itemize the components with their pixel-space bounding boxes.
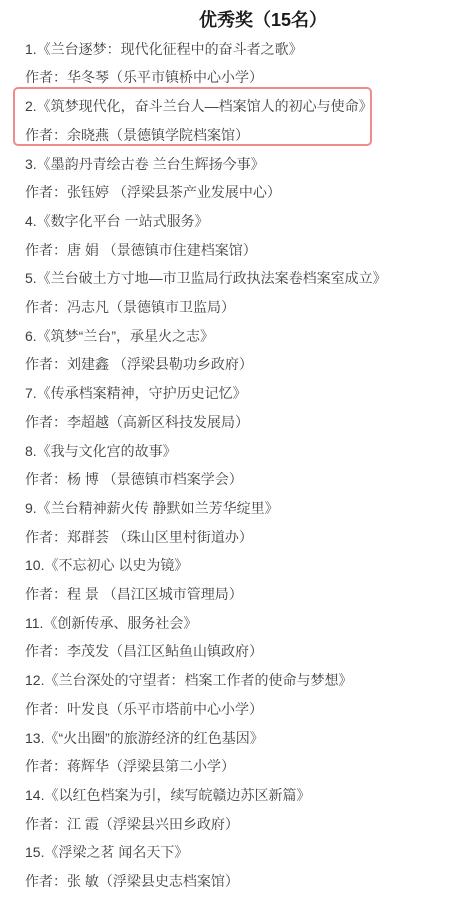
- entry-author-line: 作者：唐 娟 （景德镇市住建档案馆）: [25, 236, 459, 265]
- entry: 11.《创新传承、服务社会》 作者：李茂发（昌江区鲇鱼山镇政府）: [25, 609, 459, 666]
- entry: 13.《“火出圈”的旅游经济的红色基因》 作者：蒋辉华（浮梁县第二小学）: [25, 724, 459, 781]
- entry-author-line: 作者：叶发良（乐平市塔前中心小学）: [25, 695, 459, 724]
- entry-author-line: 作者：江 霞（浮梁县兴田乡政府）: [25, 810, 459, 839]
- entry-title-line: 13.《“火出圈”的旅游经济的红色基因》: [25, 724, 459, 753]
- entry: 5.《兰台破土方寸地—市卫监局行政执法案卷档案室成立》 作者：冯志凡（景德镇市卫…: [25, 264, 459, 321]
- entry-list: 1.《兰台逐梦：现代化征程中的奋斗者之歌》 作者：华冬琴（乐平市镇桥中心小学） …: [25, 35, 459, 896]
- entry: 3.《墨韵丹青绘古卷 兰台生辉扬今事》 作者：张钰婷 （浮梁县茶产业发展中心）: [25, 150, 459, 207]
- entry-title-line: 9.《兰台精神薪火传 静默如兰芳华绽里》: [25, 494, 459, 523]
- entry: 14.《以红色档案为引，续写皖赣边苏区新篇》 作者：江 霞（浮梁县兴田乡政府）: [25, 781, 459, 838]
- entry-title-line: 5.《兰台破土方寸地—市卫监局行政执法案卷档案室成立》: [25, 264, 459, 293]
- entry-title-line: 12.《兰台深处的守望者：档案工作者的使命与梦想》: [25, 666, 459, 695]
- entry-title-line: 11.《创新传承、服务社会》: [25, 609, 459, 638]
- entry-title-line: 3.《墨韵丹青绘古卷 兰台生辉扬今事》: [25, 150, 459, 179]
- entry-title-line: 7.《传承档案精神，守护历史记忆》: [25, 379, 459, 408]
- entry: 1.《兰台逐梦：现代化征程中的奋斗者之歌》 作者：华冬琴（乐平市镇桥中心小学）: [25, 35, 459, 92]
- entry-author-line: 作者：李超越（高新区科技发展局）: [25, 408, 459, 437]
- entry-author-line: 作者：杨 博 （景德镇市档案学会）: [25, 465, 459, 494]
- award-list-document: 优秀奖（15名） 1.《兰台逐梦：现代化征程中的奋斗者之歌》 作者：华冬琴（乐平…: [0, 0, 459, 896]
- entry: 10.《不忘初心 以史为镜》 作者：程 景 （昌江区城市管理局）: [25, 551, 459, 608]
- entry: 2.《筑梦现代化，奋斗兰台人—档案馆人的初心与使命》 作者：余晓燕（景德镇学院档…: [25, 92, 459, 149]
- entry-author-line: 作者：张 敏（浮梁县史志档案馆）: [25, 867, 459, 896]
- entry-author-line: 作者：程 景 （昌江区城市管理局）: [25, 580, 459, 609]
- entry-title-line: 1.《兰台逐梦：现代化征程中的奋斗者之歌》: [25, 35, 459, 64]
- entry: 12.《兰台深处的守望者：档案工作者的使命与梦想》 作者：叶发良（乐平市塔前中心…: [25, 666, 459, 723]
- entry-title-line: 4.《数字化平台 一站式服务》: [25, 207, 459, 236]
- entry-author-line: 作者：张钰婷 （浮梁县茶产业发展中心）: [25, 178, 459, 207]
- entry-title-line: 8.《我与文化宫的故事》: [25, 437, 459, 466]
- entry-title-line: 2.《筑梦现代化，奋斗兰台人—档案馆人的初心与使命》: [25, 92, 459, 121]
- entry-author-line: 作者：余晓燕（景德镇学院档案馆）: [25, 121, 459, 150]
- entry: 8.《我与文化宫的故事》 作者：杨 博 （景德镇市档案学会）: [25, 437, 459, 494]
- page-title: 优秀奖（15名）: [46, 6, 459, 35]
- entry: 15.《浮梁之茗 闻名天下》 作者：张 敏（浮梁县史志档案馆）: [25, 838, 459, 895]
- entry-author-line: 作者：蒋辉华（浮梁县第二小学）: [25, 752, 459, 781]
- entry-author-line: 作者：华冬琴（乐平市镇桥中心小学）: [25, 63, 459, 92]
- entry-author-line: 作者：李茂发（昌江区鲇鱼山镇政府）: [25, 637, 459, 666]
- entry: 6.《筑梦“兰台”，承星火之志》 作者：刘建鑫 （浮梁县勒功乡政府）: [25, 322, 459, 379]
- entry: 7.《传承档案精神，守护历史记忆》 作者：李超越（高新区科技发展局）: [25, 379, 459, 436]
- entry: 9.《兰台精神薪火传 静默如兰芳华绽里》 作者：郑群荟 （珠山区里村街道办）: [25, 494, 459, 551]
- entry: 4.《数字化平台 一站式服务》 作者：唐 娟 （景德镇市住建档案馆）: [25, 207, 459, 264]
- entry-title-line: 14.《以红色档案为引，续写皖赣边苏区新篇》: [25, 781, 459, 810]
- entry-title-line: 10.《不忘初心 以史为镜》: [25, 551, 459, 580]
- entry-title-line: 6.《筑梦“兰台”，承星火之志》: [25, 322, 459, 351]
- entry-author-line: 作者：冯志凡（景德镇市卫监局）: [25, 293, 459, 322]
- entry-author-line: 作者：刘建鑫 （浮梁县勒功乡政府）: [25, 350, 459, 379]
- entry-title-line: 15.《浮梁之茗 闻名天下》: [25, 838, 459, 867]
- entry-author-line: 作者：郑群荟 （珠山区里村街道办）: [25, 523, 459, 552]
